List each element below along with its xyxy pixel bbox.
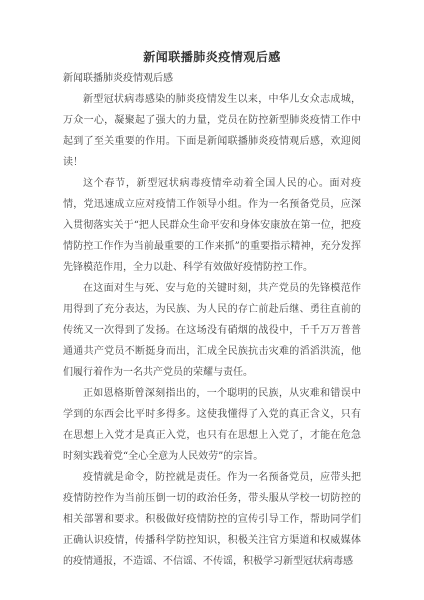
document-page: 新闻联播肺炎疫情观后感 新闻联播肺炎疫情观后感 新型冠状病毒感染的肺炎疫情发生以… xyxy=(0,0,424,600)
paragraph-intro: 新型冠状病毒感染的肺炎疫情发生以来，中华儿女众志成城，万众一心，凝聚起了强大的力… xyxy=(63,89,361,173)
paragraph-epidemic-duty: 疫情就是命令，防控就是责任。作为一名预备党员，应带头把疫情防控作为当前压倒一切的… xyxy=(63,467,361,572)
paragraph-engels-quote: 正如恩格斯曾深刻指出的，一个聪明的民族，从灾难和错误中学到的东西会比平时多得多。… xyxy=(63,383,361,467)
paragraph-spring-festival: 这个春节，新型冠状病毒疫情牵动着全国人民的心。面对疫情，党迅速成立应对疫情工作领… xyxy=(63,173,361,278)
document-title: 新闻联播肺炎疫情观后感 xyxy=(63,47,361,68)
paragraph-vanguard-role: 在这面对生与死、安与危的关键时刻，共产党员的先锋模范作用得到了充分表达，为民族、… xyxy=(63,278,361,383)
document-heading: 新闻联播肺炎疫情观后感 xyxy=(63,68,361,89)
